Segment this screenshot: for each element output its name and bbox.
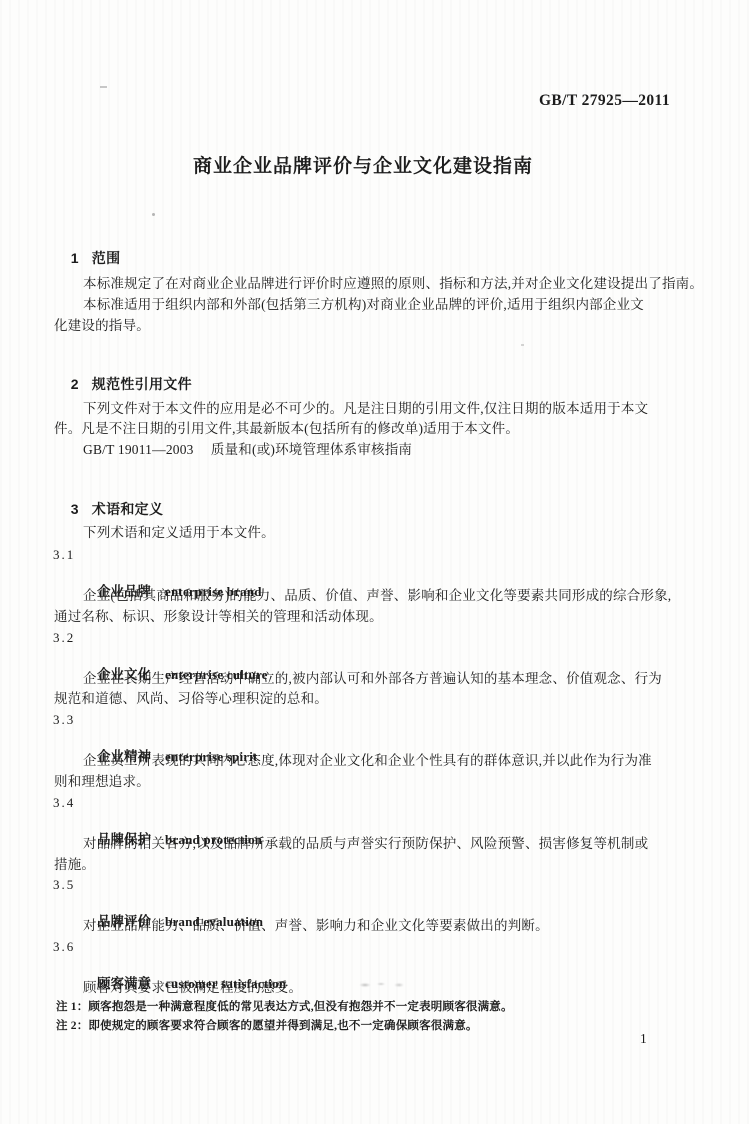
term-definition-line: 企业员工所表现的共同内心态度,体现对企业文化和企业个性具有的群体意识,并以此作为… (83, 753, 652, 770)
term-number: 3.3 (53, 712, 75, 728)
section-2-number: 2 (71, 376, 92, 394)
standard-code: GB/T 27925—2011 (430, 91, 670, 110)
section-3-intro: 下列术语和定义适用于本文件。 (83, 525, 275, 542)
term-number: 3.1 (53, 547, 75, 563)
referenced-standard: GB/T 19011—2003 质量和(或)环境管理体系审核指南 (83, 442, 412, 459)
term-definition-line: 则和理想追求。 (54, 774, 150, 791)
term-definition-line: 对企业品牌能力、品质、价值、声誉、影响力和企业文化等要素做出的判断。 (83, 918, 549, 935)
term-definition-line: 对品牌的相关各方,以及品牌所承载的品质与声誉实行预防保护、风险预警、损害修复等机… (83, 836, 648, 853)
section-2-paragraph-line: 下列文件对于本文件的应用是必不可少的。凡是注日期的引用文件,仅注日期的版本适用于… (83, 401, 648, 418)
note-line: 注 1：顾客抱怨是一种满意程度低的常见表达方式,但没有抱怨并不一定表明顾客很满意… (56, 1000, 513, 1014)
scan-artifact (521, 344, 524, 346)
term-definition-line: 措施。 (54, 857, 95, 874)
scan-artifact (152, 213, 155, 216)
term-number: 3.2 (53, 630, 75, 646)
term-number: 3.4 (53, 795, 75, 811)
section-1-number: 1 (71, 250, 92, 268)
term-number: 3.5 (53, 877, 75, 893)
document-page: GB/T 27925—2011 商业企业品牌评价与企业文化建设指南 1范围 本标… (0, 0, 749, 1124)
section-1-paragraph-line: 本标准规定了在对商业企业品牌进行评价时应遵照的原则、指标和方法,并对企业文化建设… (83, 276, 703, 293)
scan-artifact (100, 86, 107, 88)
page-number: 1 (640, 1031, 647, 1048)
section-2-title: 规范性引用文件 (92, 376, 192, 392)
section-3-title: 术语和定义 (92, 501, 164, 517)
section-1-paragraph-line: 本标准适用于组织内部和外部(包括第三方机构)对商业企业品牌的评价,适用于组织内部… (83, 297, 644, 314)
section-1-paragraph-line: 化建设的指导。 (54, 318, 150, 335)
section-2-paragraph-line: 件。凡是不注日期的引用文件,其最新版本(包括所有的修改单)适用于本文件。 (54, 421, 519, 438)
term-definition-line: 规范和道德、风尚、习俗等心理积淀的总和。 (54, 691, 328, 708)
term-definition-line: 企业(包括其商品和服务)的能力、品质、价值、声誉、影响和企业文化等要素共同形成的… (83, 588, 671, 605)
note-line: 注 2：即使规定的顾客要求符合顾客的愿望并得到满足,也不一定确保顾客很满意。 (56, 1019, 478, 1033)
term-definition-line: 通过名称、标识、形象设计等相关的管理和活动体现。 (54, 609, 383, 626)
section-1-title: 范围 (92, 250, 121, 266)
scan-artifact (355, 981, 415, 989)
section-3-number: 3 (71, 501, 92, 519)
term-number: 3.6 (53, 939, 75, 955)
document-title: 商业企业品牌评价与企业文化建设指南 (0, 155, 726, 179)
term-definition-line: 企业在长期生产经营活动中确立的,被内部认可和外部各方普遍认知的基本理念、价值观念… (83, 671, 662, 688)
term-definition-line: 顾客对其要求已被满足程度的感受。 (83, 980, 302, 997)
